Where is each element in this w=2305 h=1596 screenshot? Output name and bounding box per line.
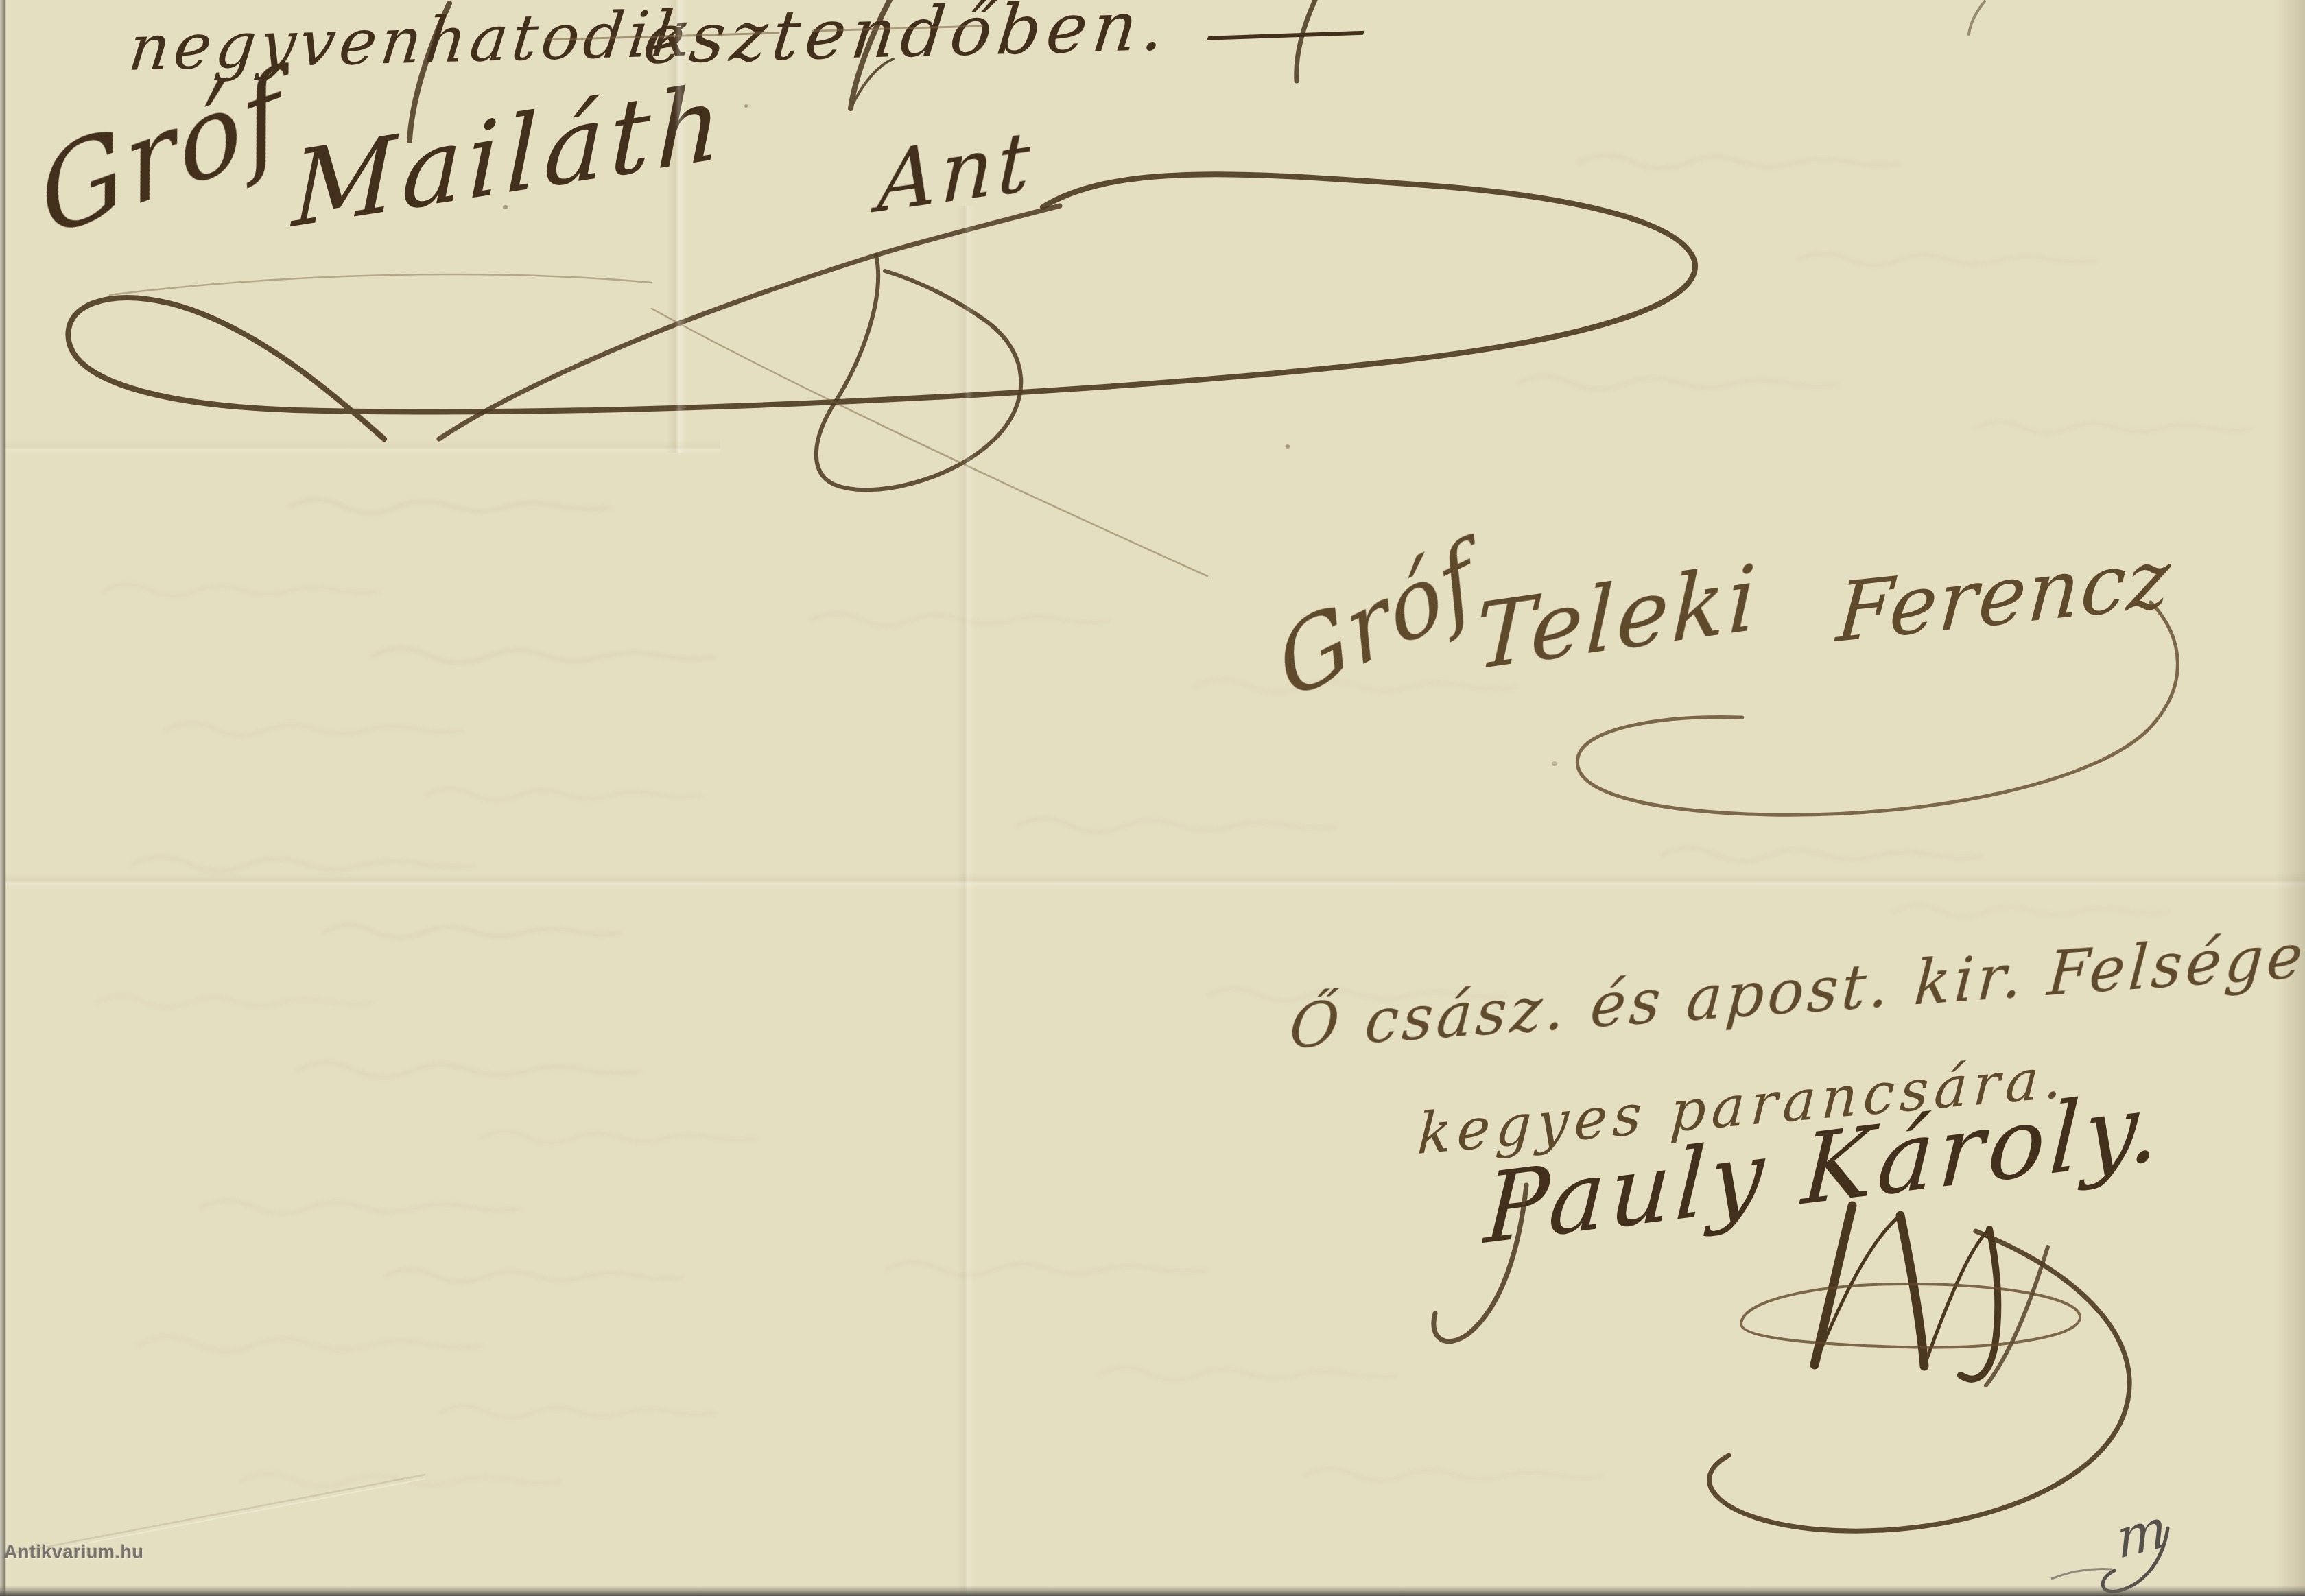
date-line: negyvenhatodik esztendőben. — xyxy=(125,0,1372,85)
teleki-signature: Gróf Teleki Ferencz xyxy=(1266,517,2177,815)
foxing-speck xyxy=(744,104,748,108)
foxing-speck xyxy=(1286,444,1290,449)
pauly-paraph-monogram xyxy=(1710,1206,2130,1531)
command-line-1: Ő csász. és apost. kir. Felsége xyxy=(1288,920,2305,1062)
mailath-given: Ant xyxy=(869,112,1036,232)
date-dash: — xyxy=(1198,0,1373,70)
manuscript-page: negyvenhatodik esztendőben. — Gróf Mailá… xyxy=(0,0,2305,1596)
scan-edge-bottom xyxy=(0,1586,2305,1596)
watermark-label: Antikvarium.hu xyxy=(4,1542,144,1563)
teleki-given: Ferencz xyxy=(1832,531,2175,661)
foxing-speck xyxy=(1552,761,1557,766)
bleed-through-texture xyxy=(96,155,2252,1487)
teleki-surname: Teleki xyxy=(1474,545,1761,690)
mailath-surname: Mailáth xyxy=(289,61,727,252)
corner-mark-underline xyxy=(2051,1569,2112,1579)
scan-edge-right-shade xyxy=(2276,0,2305,1596)
manuscript-ink-layer: negyvenhatodik esztendőben. — Gróf Mailá… xyxy=(0,0,2305,1596)
corner-mark-letter: m xyxy=(2115,1496,2168,1571)
scan-edge-left xyxy=(0,0,6,1596)
corner-paraph: m xyxy=(2051,1496,2168,1592)
foxing-speck xyxy=(2029,1156,2033,1159)
foxing-speck xyxy=(503,205,508,209)
